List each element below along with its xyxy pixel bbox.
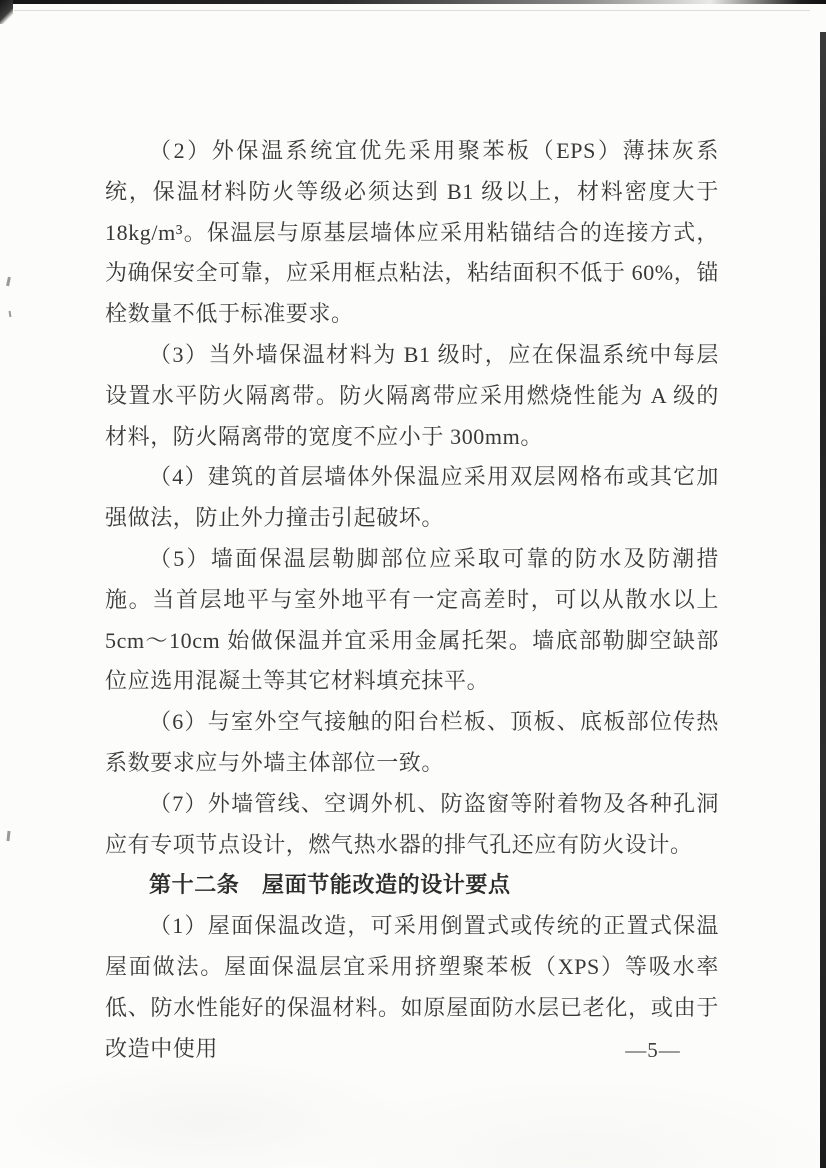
paragraph-item-5: （5）墙面保温层勒脚部位应采取可靠的防水及防潮措施。当首层地平与室外地平有一定高… (105, 539, 719, 702)
section-heading-article-12: 第十二条 屋面节能改造的设计要点 (105, 865, 719, 906)
scan-speck (6, 277, 11, 286)
paragraph-item-4: （4）建筑的首层墙体外保温应采用双层网格布或其它加强做法，防止外力撞击引起破坏。 (105, 457, 719, 539)
scan-speck (6, 831, 10, 841)
scanned-page: （2）外保温系统宜优先采用聚苯板（EPS）薄抹灰系统，保温材料防火等级必须达到 … (0, 0, 826, 1168)
paragraph-item-3: （3）当外墙保温材料为 B1 级时，应在保温系统中每层设置水平防火隔离带。防火隔… (105, 335, 719, 457)
page-number: —5— (608, 1038, 698, 1063)
scan-corner-mark (0, 0, 13, 24)
paragraph-item-2: （2）外保温系统宜优先采用聚苯板（EPS）薄抹灰系统，保温材料防火等级必须达到 … (105, 131, 719, 335)
scan-edge-top (0, 0, 826, 4)
paragraph-item-7: （7）外墙管线、空调外机、防盗窗等附着物及各种孔洞应有专项节点设计，燃气热水器的… (105, 784, 719, 866)
paragraph-item-6: （6）与室外空气接触的阳台栏板、顶板、底板部位传热系数要求应与外墙主体部位一致。 (105, 702, 719, 784)
scan-speck (9, 311, 12, 317)
scan-fold-line (14, 10, 810, 11)
document-body: （2）外保温系统宜优先采用聚苯板（EPS）薄抹灰系统，保温材料防火等级必须达到 … (105, 131, 719, 1069)
scan-edge-right (820, 32, 826, 1168)
